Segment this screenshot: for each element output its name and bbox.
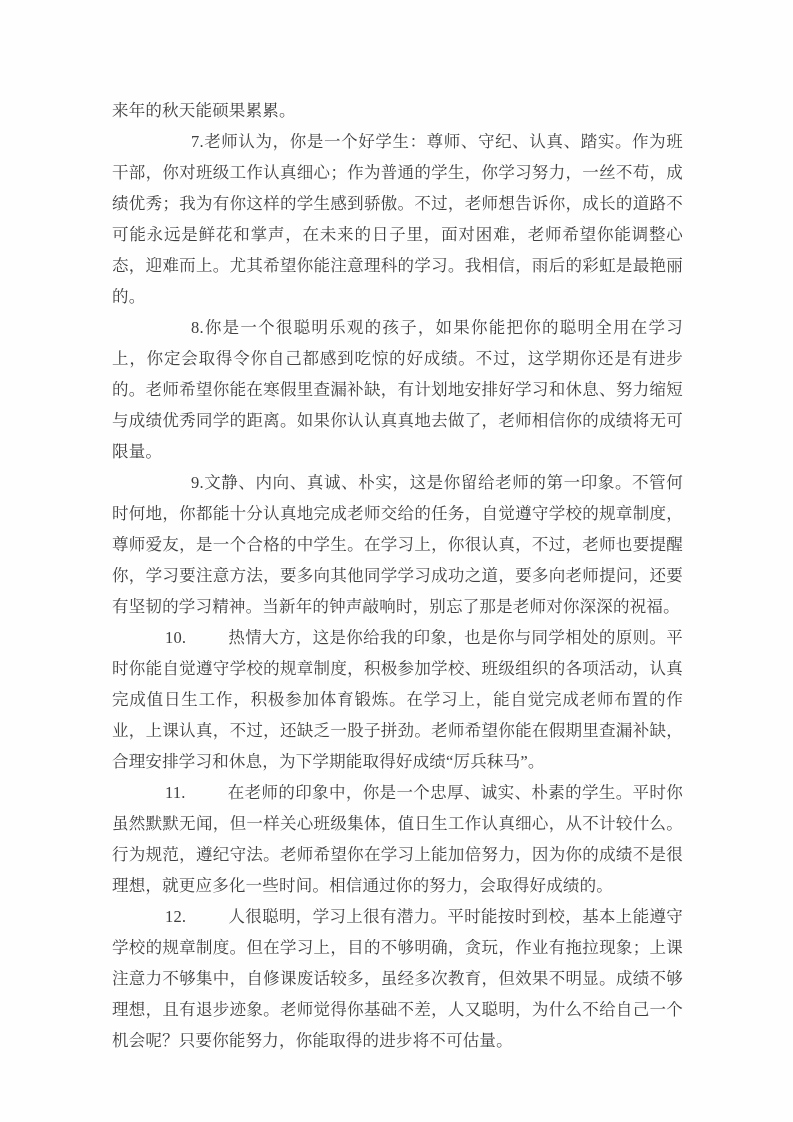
comment-paragraph: 7.老师认为，你是一个好学生：尊师、守纪、认真、踏实。作为班干部，你对班级工作认…: [112, 126, 683, 312]
paragraph-number: 8.: [191, 318, 204, 337]
comment-paragraph: 10.热情大方，这是你给我的印象，也是你与同学相处的原则。平时你能自觉遵守学校的…: [112, 622, 683, 777]
paragraph-number: 9.: [191, 473, 204, 492]
document-body: 来年的秋天能硕果累累。7.老师认为，你是一个好学生：尊师、守纪、认真、踏实。作为…: [112, 95, 683, 1056]
document-page: 来年的秋天能硕果累累。7.老师认为，你是一个好学生：尊师、守纪、认真、踏实。作为…: [0, 0, 793, 1122]
paragraph-number: 10.: [165, 628, 186, 647]
paragraph-text: 人很聪明，学习上很有潜力。平时能按时到校，基本上能遵守学校的规章制度。但在学习上…: [112, 907, 683, 1050]
comment-paragraph: 来年的秋天能硕果累累。: [112, 95, 683, 126]
paragraph-number: 12.: [165, 907, 186, 926]
paragraph-text: 在老师的印象中，你是一个忠厚、诚实、朴素的学生。平时你虽然默默无闻，但一样关心班…: [112, 783, 683, 895]
comment-paragraph: 11.在老师的印象中，你是一个忠厚、诚实、朴素的学生。平时你虽然默默无闻，但一样…: [112, 777, 683, 901]
comment-paragraph: 9.文静、内向、真诚、朴实，这是你留给老师的第一印象。不管何时何地，你都能十分认…: [112, 467, 683, 622]
comment-paragraph: 8.你是一个很聪明乐观的孩子，如果你能把你的聪明全用在学习上，你定会取得令你自己…: [112, 312, 683, 467]
paragraph-number: 11.: [165, 783, 186, 802]
paragraph-text: 热情大方，这是你给我的印象，也是你与同学相处的原则。平时你能自觉遵守学校的规章制…: [112, 628, 683, 771]
paragraph-text: 文静、内向、真诚、朴实，这是你留给老师的第一印象。不管何时何地，你都能十分认真地…: [112, 473, 683, 616]
paragraph-text: 你是一个很聪明乐观的孩子，如果你能把你的聪明全用在学习上，你定会取得令你自己都感…: [112, 318, 683, 461]
comment-paragraph: 12.人很聪明，学习上很有潜力。平时能按时到校，基本上能遵守学校的规章制度。但在…: [112, 901, 683, 1056]
paragraph-number: 7.: [191, 132, 204, 151]
paragraph-text: 来年的秋天能硕果累累。: [112, 101, 296, 120]
paragraph-text: 老师认为，你是一个好学生：尊师、守纪、认真、踏实。作为班干部，你对班级工作认真细…: [112, 132, 683, 306]
